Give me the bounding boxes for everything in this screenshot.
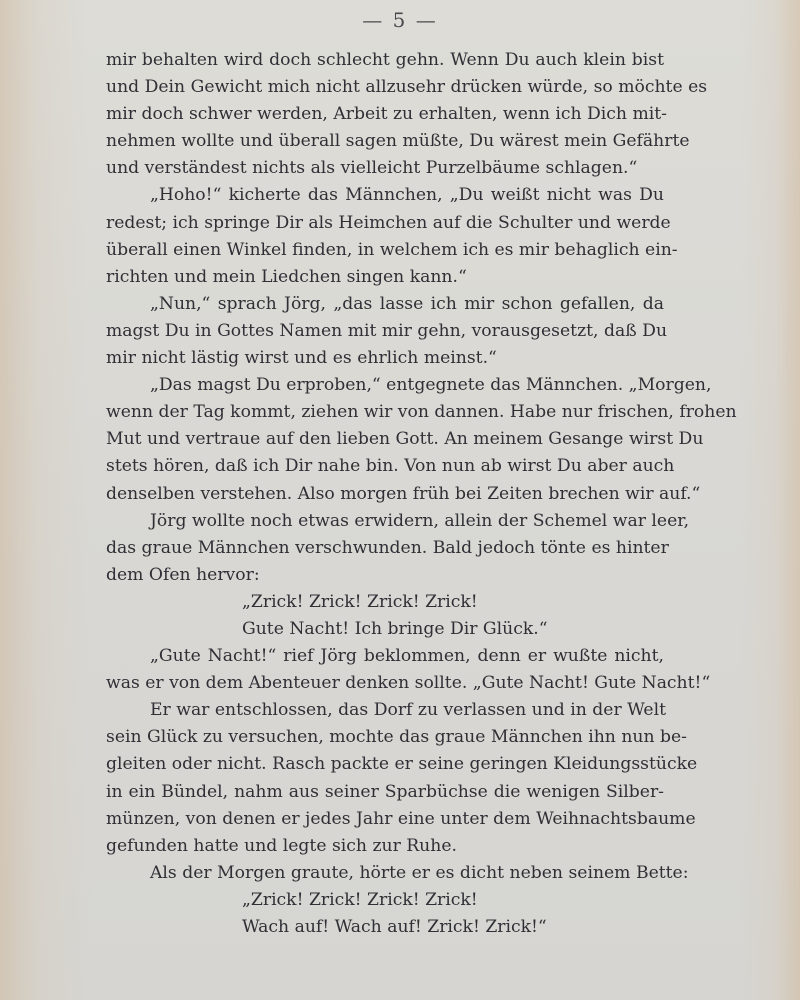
verse-line: „Zrick! Zrick! Zrick! Zrick! <box>106 887 664 914</box>
text-line: Er war entschlossen, das Dorf zu verlass… <box>106 697 664 724</box>
text-line: redest; ich springe Dir als Heimchen auf… <box>106 210 664 237</box>
text-line: überall einen Winkel finden, in welchem … <box>106 237 664 264</box>
text-line: „Nun,“ sprach Jörg, „das lasse ich mir s… <box>106 291 664 318</box>
text-line: gefunden hatte und legte sich zur Ruhe. <box>106 833 664 860</box>
text-line: Jörg wollte noch etwas erwidern, allein … <box>106 508 664 535</box>
verse-line: Wach auf! Wach auf! Zrick! Zrick!“ <box>106 914 664 941</box>
text-line: „Hoho!“ kicherte das Männchen, „Du weißt… <box>106 182 664 209</box>
text-line: mir nicht lästig wirst und es ehrlich me… <box>106 345 664 372</box>
text-line: was er von dem Abenteuer denken sollte. … <box>106 670 664 697</box>
text-line: richten und mein Liedchen singen kann.“ <box>106 264 664 291</box>
text-line: und verständest nichts als vielleicht Pu… <box>106 155 664 182</box>
text-line: stets hören, daß ich Dir nahe bin. Von n… <box>106 453 664 480</box>
text-line: magst Du in Gottes Namen mit mir gehn, v… <box>106 318 664 345</box>
text-line: denselben verstehen. Also morgen früh be… <box>106 481 664 508</box>
text-line: mir doch schwer werden, Arbeit zu erhalt… <box>106 101 664 128</box>
book-page: — 5 — mir behalten wird doch schlecht ge… <box>0 0 800 1000</box>
text-line: dem Ofen hervor: <box>106 562 664 589</box>
text-line: münzen, von denen er jedes Jahr eine unt… <box>106 806 664 833</box>
body-text: mir behalten wird doch schlecht gehn. We… <box>106 47 664 941</box>
text-line: mir behalten wird doch schlecht gehn. We… <box>106 47 664 74</box>
text-line: „Gute Nacht!“ rief Jörg beklommen, denn … <box>106 643 664 670</box>
text-line: und Dein Gewicht mich nicht allzusehr dr… <box>106 74 664 101</box>
text-line: „Das magst Du erproben,“ entgegnete das … <box>106 372 664 399</box>
text-line: gleiten oder nicht. Rasch packte er sein… <box>106 751 664 778</box>
text-line: Mut und vertraue auf den lieben Gott. An… <box>106 426 664 453</box>
page-number: — 5 — <box>0 8 800 32</box>
text-line: das graue Männchen verschwunden. Bald je… <box>106 535 664 562</box>
text-line: Als der Morgen graute, hörte er es dicht… <box>106 860 664 887</box>
text-line: in ein Bündel, nahm aus seiner Sparbüchs… <box>106 779 664 806</box>
text-line: nehmen wollte und überall sagen müßte, D… <box>106 128 664 155</box>
text-line: wenn der Tag kommt, ziehen wir von danne… <box>106 399 664 426</box>
text-line: sein Glück zu versuchen, mochte das grau… <box>106 724 664 751</box>
verse-line: Gute Nacht! Ich bringe Dir Glück.“ <box>106 616 664 643</box>
verse-line: „Zrick! Zrick! Zrick! Zrick! <box>106 589 664 616</box>
